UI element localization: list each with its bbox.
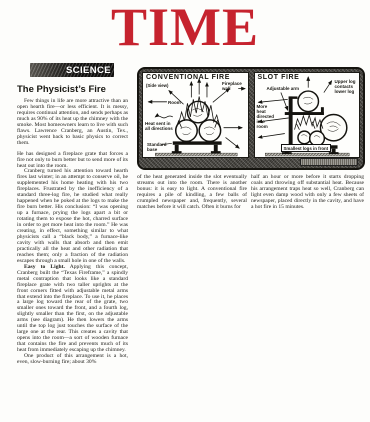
article-column-1: Few things in life are more attractive t… [17, 99, 128, 366]
label-smallest-logs: Smallest logs in front [281, 144, 332, 152]
paragraph: of the heat generated inside the slot ev… [137, 175, 247, 211]
magazine-page: TIME SCIENCE The Physicist’s Fire Few th… [0, 0, 370, 422]
label-more-heat: More heat directed into room [257, 104, 277, 129]
paragraph: He has designed a fireplace grate that f… [17, 152, 128, 170]
label-fireplace-wall: Fireplace wall [222, 81, 244, 91]
fire-diagram: CONVENTIONAL FIRE (Side view) Room Firep… [137, 67, 365, 170]
masthead-title: TIME [0, 0, 370, 54]
panel-title: CONVENTIONAL FIRE [146, 74, 230, 81]
label-heat-all-directions: Heat sent in all directions [145, 121, 173, 131]
paragraph: Few things in life are more attractive t… [17, 99, 128, 147]
label-adjustable-arm: Adjustable arm [267, 86, 300, 91]
conventional-fire-panel: CONVENTIONAL FIRE (Side view) Room Firep… [142, 72, 249, 158]
panel-subtitle: (Side view) [146, 83, 168, 88]
paragraph: Cranberg turned his attention toward hea… [17, 169, 128, 264]
slot-fire-panel: SLOT FIRE Adjustable arm Upper log conta… [254, 72, 361, 158]
diagram-credit-strip [300, 158, 358, 166]
label-standard-base: Standard base [147, 142, 169, 152]
label-room: Room [168, 100, 181, 105]
article-column-2: of the heat generated inside the slot ev… [137, 175, 247, 211]
article-headline: The Physicist’s Fire [17, 84, 106, 95]
logs [297, 91, 346, 146]
paragraph: Easy to Light. Applying this concept, Cr… [17, 265, 128, 354]
paragraph: half an hour or more before it starts dr… [251, 175, 364, 211]
section-banner: SCIENCE [30, 63, 114, 77]
label-upper-log: Upper log contacts lower log [335, 79, 357, 94]
paragraph-text: Applying this concept, Cranberg built th… [17, 264, 128, 353]
flames [294, 115, 322, 130]
paragraph: One product of this arrangement is a hot… [17, 354, 128, 366]
panel-title: SLOT FIRE [258, 74, 300, 81]
section-label: SCIENCE [66, 65, 111, 76]
article-column-3: half an hour or more before it starts dr… [251, 175, 364, 211]
